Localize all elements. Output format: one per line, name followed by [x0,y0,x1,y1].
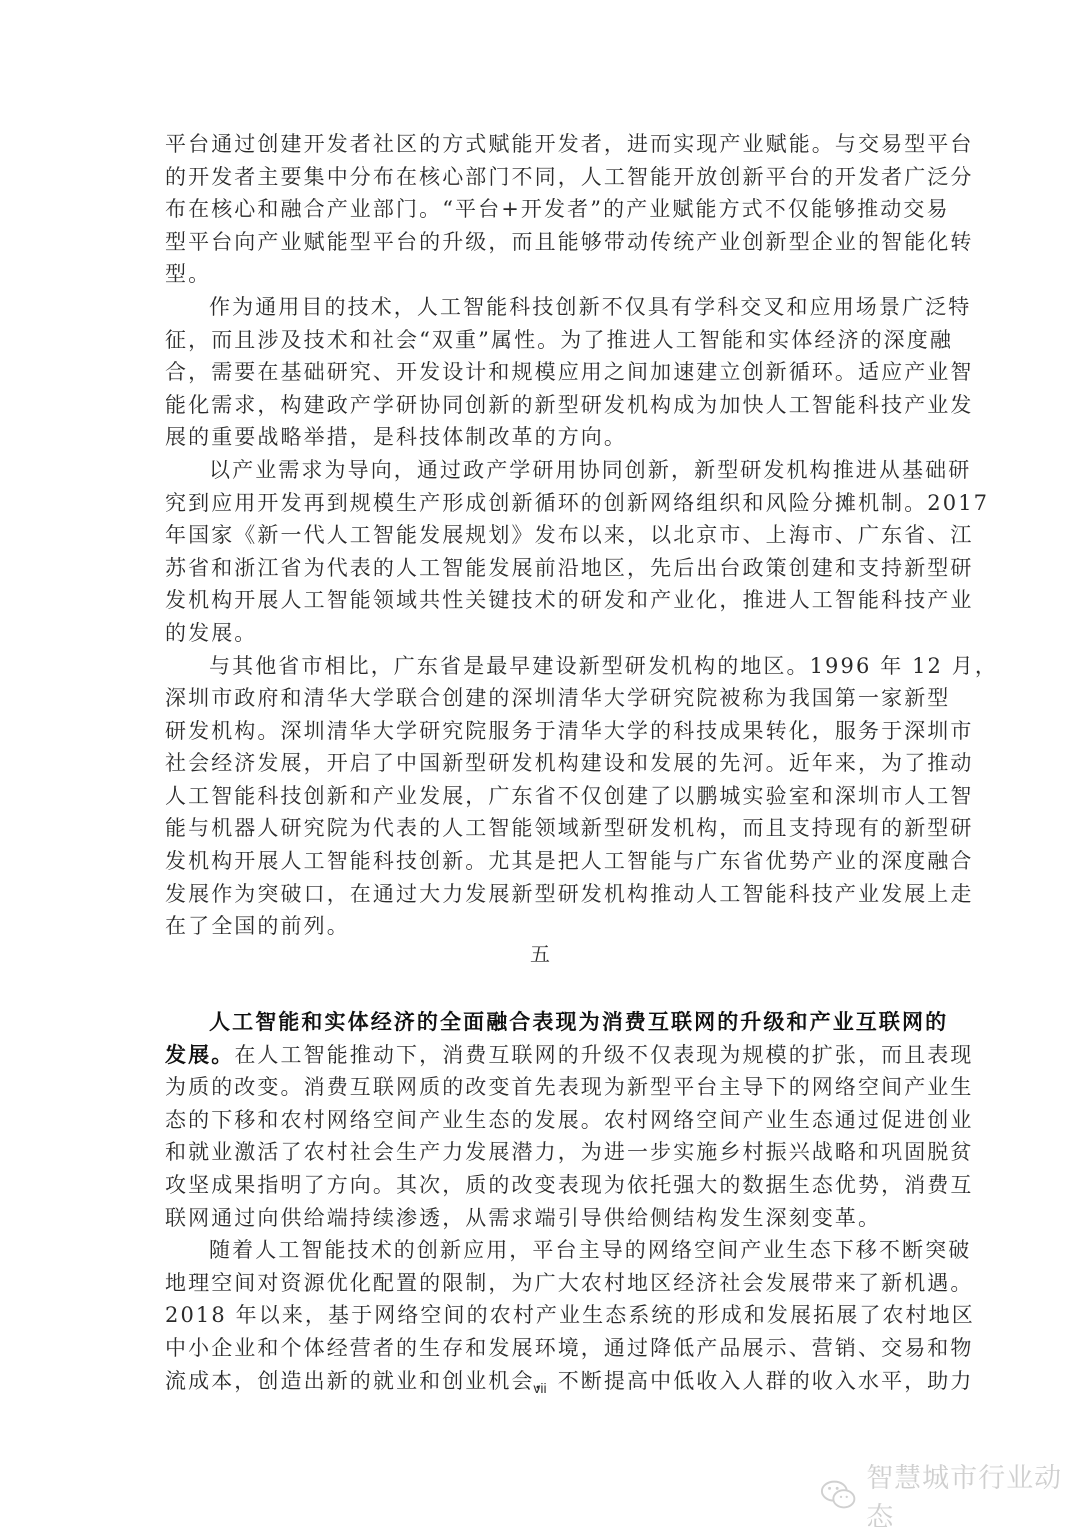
text-line: 地理空间对资源优化配置的限制，为广大农村地区经济社会发展带来了新机遇。 [165,1267,915,1300]
text-line: 型。 [165,258,915,291]
text-line: 的开发者主要集中分布在核心部门不同，人工智能开放创新平台的开发者广泛分 [165,161,915,194]
paragraph-3: 以产业需求为导向，通过政产学研用协同创新，新型研发机构推进从基础研 究到应用开发… [165,454,915,650]
text-line: 型平台向产业赋能型平台的升级，而且能够带动传统产业创新型企业的智能化转 [165,226,915,259]
text-line: 随着人工智能技术的创新应用，平台主导的网络空间产业生态下移不断突破 [165,1234,915,1267]
text-line: 2018 年以来，基于网络空间的农村产业生态系统的形成和发展拓展了农村地区 [165,1299,915,1332]
text-line: 合，需要在基础研究、开发设计和规模应用之间加速建立创新循环。适应产业智 [165,356,915,389]
text-line: 人工智能科技创新和产业发展，广东省不仅创建了以鹏城实验室和深圳市人工智 [165,780,915,813]
text-line: 以产业需求为导向，通过政产学研用协同创新，新型研发机构推进从基础研 [165,454,915,487]
text-line: 平台通过创建开发者社区的方式赋能开发者，进而实现产业赋能。与交易型平台 [165,128,915,161]
text-line: 究到应用开发再到规模生产形成创新循环的创新网络组织和风险分摊机制。2017 [165,487,915,520]
watermark-text: 智慧城市行业动态 [866,1456,1080,1527]
text-line: 为质的改变。消费互联网质的改变首先表现为新型平台主导下的网络空间产业生 [165,1071,915,1104]
text-line: 的发展。 [165,617,915,650]
text-line: 研发机构。深圳清华大学研究院服务于清华大学的科技成果转化，服务于深圳市 [165,715,915,748]
text-line: 苏省和浙江省为代表的人工智能发展前沿地区，先后出台政策创建和支持新型研 [165,552,915,585]
text-line-content: 在人工智能推动下，消费互联网的升级不仅表现为规模的扩张，而且表现 [234,1043,973,1067]
paragraph-2: 作为通用目的技术，人工智能科技创新不仅具有学科交叉和应用场景广泛特 征，而且涉及… [165,291,915,454]
text-line: 和就业激活了农村社会生产力发展潜力，为进一步实施乡村振兴战略和巩固脱贫 [165,1136,915,1169]
page-number: vii [0,1380,1080,1396]
text-line: 发展。在人工智能推动下，消费互联网的升级不仅表现为规模的扩张，而且表现 [165,1039,915,1072]
text-line: 社会经济发展，开启了中国新型研发机构建设和发展的先河。近年来，为了推动 [165,747,915,780]
text-line: 攻坚成果指明了方向。其次，质的改变表现为依托强大的数据生态优势，消费互 [165,1169,915,1202]
text-line: 发机构开展人工智能领域共性关键技术的研发和产业化，推进人工智能科技产业 [165,584,915,617]
text-line: 征，而且涉及技术和社会“双重”属性。为了推进人工智能和实体经济的深度融 [165,324,915,357]
document-page: 平台通过创建开发者社区的方式赋能开发者，进而实现产业赋能。与交易型平台 的开发者… [165,128,915,943]
text-line: 深圳市政府和清华大学联合创建的深圳清华大学研究院被称为我国第一家新型 [165,682,915,715]
section-number: 五 [165,938,915,967]
wechat-icon [820,1478,858,1512]
text-line: 作为通用目的技术，人工智能科技创新不仅具有学科交叉和应用场景广泛特 [165,291,915,324]
text-line: 展的重要战略举措，是科技体制改革的方向。 [165,421,915,454]
text-line: 态的下移和农村网络空间产业生态的发展。农村网络空间产业生态通过促进创业 [165,1104,915,1137]
text-line: 与其他省市相比，广东省是最早建设新型研发机构的地区。1996 年 12 月， [165,650,915,683]
text-line: 能化需求，构建政产学研协同创新的新型研发机构成为加快人工智能科技产业发 [165,389,915,422]
paragraph-4: 与其他省市相比，广东省是最早建设新型研发机构的地区。1996 年 12 月， 深… [165,650,915,943]
text-line: 发展作为突破口，在通过大力发展新型研发机构推动人工智能科技产业发展上走 [165,878,915,911]
text-line: 发机构开展人工智能科技创新。尤其是把人工智能与广东省优势产业的深度融合 [165,845,915,878]
paragraph-1: 平台通过创建开发者社区的方式赋能开发者，进而实现产业赋能。与交易型平台 的开发者… [165,128,915,291]
watermark: 智慧城市行业动态 [820,1456,1080,1527]
text-line: 布在核心和融合产业部门。“平台+开发者”的产业赋能方式不仅能够推动交易 [165,193,915,226]
bold-lead-end: 发展。 [165,1042,234,1067]
paragraph-5: 人工智能和实体经济的全面融合表现为消费互联网的升级和产业互联网的 发展。在人工智… [165,1006,915,1397]
text-line: 联网通过向供给端持续渗透，从需求端引导供给侧结构发生深刻变革。 [165,1202,915,1235]
text-line: 能与机器人研究院为代表的人工智能领域新型研发机构，而且支持现有的新型研 [165,812,915,845]
text-line: 中小企业和个体经营者的生存和发展环境，通过降低产品展示、营销、交易和物 [165,1332,915,1365]
text-line: 年国家《新一代人工智能发展规划》发布以来，以北京市、上海市、广东省、江 [165,519,915,552]
bold-lead-line: 人工智能和实体经济的全面融合表现为消费互联网的升级和产业互联网的 [165,1006,915,1039]
